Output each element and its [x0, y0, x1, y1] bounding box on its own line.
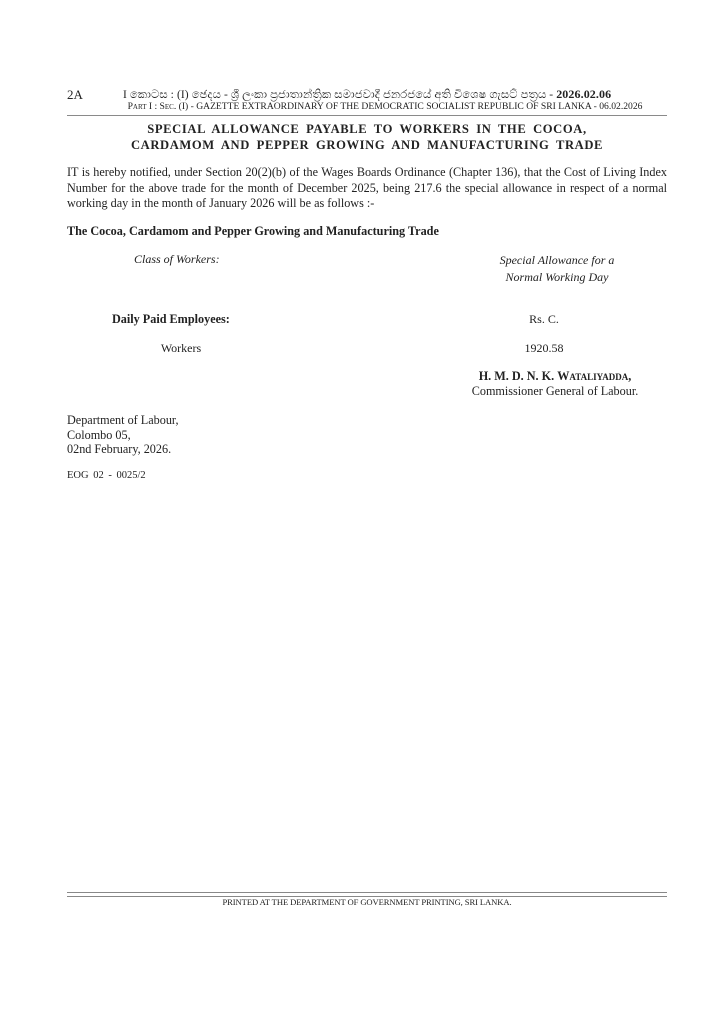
- signer-surname: Wataliyadda,: [557, 369, 631, 383]
- signer-initials: H. M. D. N. K.: [479, 369, 558, 383]
- currency-unit: Rs. C.: [514, 312, 574, 327]
- header-divider: [67, 115, 667, 116]
- special-allowance-header: Special Allowance for a Normal Working D…: [472, 252, 642, 286]
- special-allowance-header-line-1: Special Allowance for a: [472, 252, 642, 269]
- address-line-2: Colombo 05,: [67, 428, 179, 443]
- reference-number: EOG 02 - 0025/2: [67, 470, 146, 481]
- signer-name: H. M. D. N. K. Wataliyadda,: [440, 369, 670, 384]
- notice-title-line-1: SPECIAL ALLOWANCE PAYABLE TO WORKERS IN …: [67, 121, 667, 137]
- special-allowance-header-line-2: Normal Working Day: [472, 269, 642, 286]
- trade-heading: The Cocoa, Cardamom and Pepper Growing a…: [67, 224, 439, 239]
- notice-title-line-2: CARDAMOM AND PEPPER GROWING AND MANUFACT…: [67, 137, 667, 153]
- issuing-address: Department of Labour, Colombo 05, 02nd F…: [67, 413, 179, 457]
- daily-paid-employees-label: Daily Paid Employees:: [112, 312, 230, 327]
- table-row-allowance: 1920.58: [514, 341, 574, 356]
- page-number: 2A: [67, 87, 83, 103]
- notice-title: SPECIAL ALLOWANCE PAYABLE TO WORKERS IN …: [67, 121, 667, 153]
- signer-title: Commissioner General of Labour.: [440, 384, 670, 399]
- sinhala-gazette-header: I කොටස : (I) ඡෙදය - ශ්‍රී ලංකා ප්‍රජාතාන…: [123, 87, 668, 102]
- address-line-1: Department of Labour,: [67, 413, 179, 428]
- class-of-workers-header: Class of Workers:: [134, 252, 220, 267]
- printer-footer: PRINTED AT THE DEPARTMENT OF GOVERNMENT …: [67, 897, 667, 907]
- sinhala-header-text: I කොටස : (I) ඡෙදය - ශ්‍රී ලංකා ප්‍රජාතාන…: [123, 89, 556, 101]
- part-label: Part I: [128, 101, 153, 112]
- sinhala-header-date: 2026.02.06: [556, 87, 611, 101]
- table-row-class: Workers: [148, 341, 214, 356]
- sec-label: Sec.: [160, 101, 177, 112]
- notice-paragraph: IT is hereby notified, under Section 20(…: [67, 165, 667, 212]
- part-line-text: (I) - GAZETTE EXTRAORDINARY OF THE DEMOC…: [179, 101, 643, 112]
- english-gazette-header: Part I : Sec. (I) - GAZETTE EXTRAORDINAR…: [105, 101, 665, 112]
- address-date: 02nd February, 2026.: [67, 442, 179, 457]
